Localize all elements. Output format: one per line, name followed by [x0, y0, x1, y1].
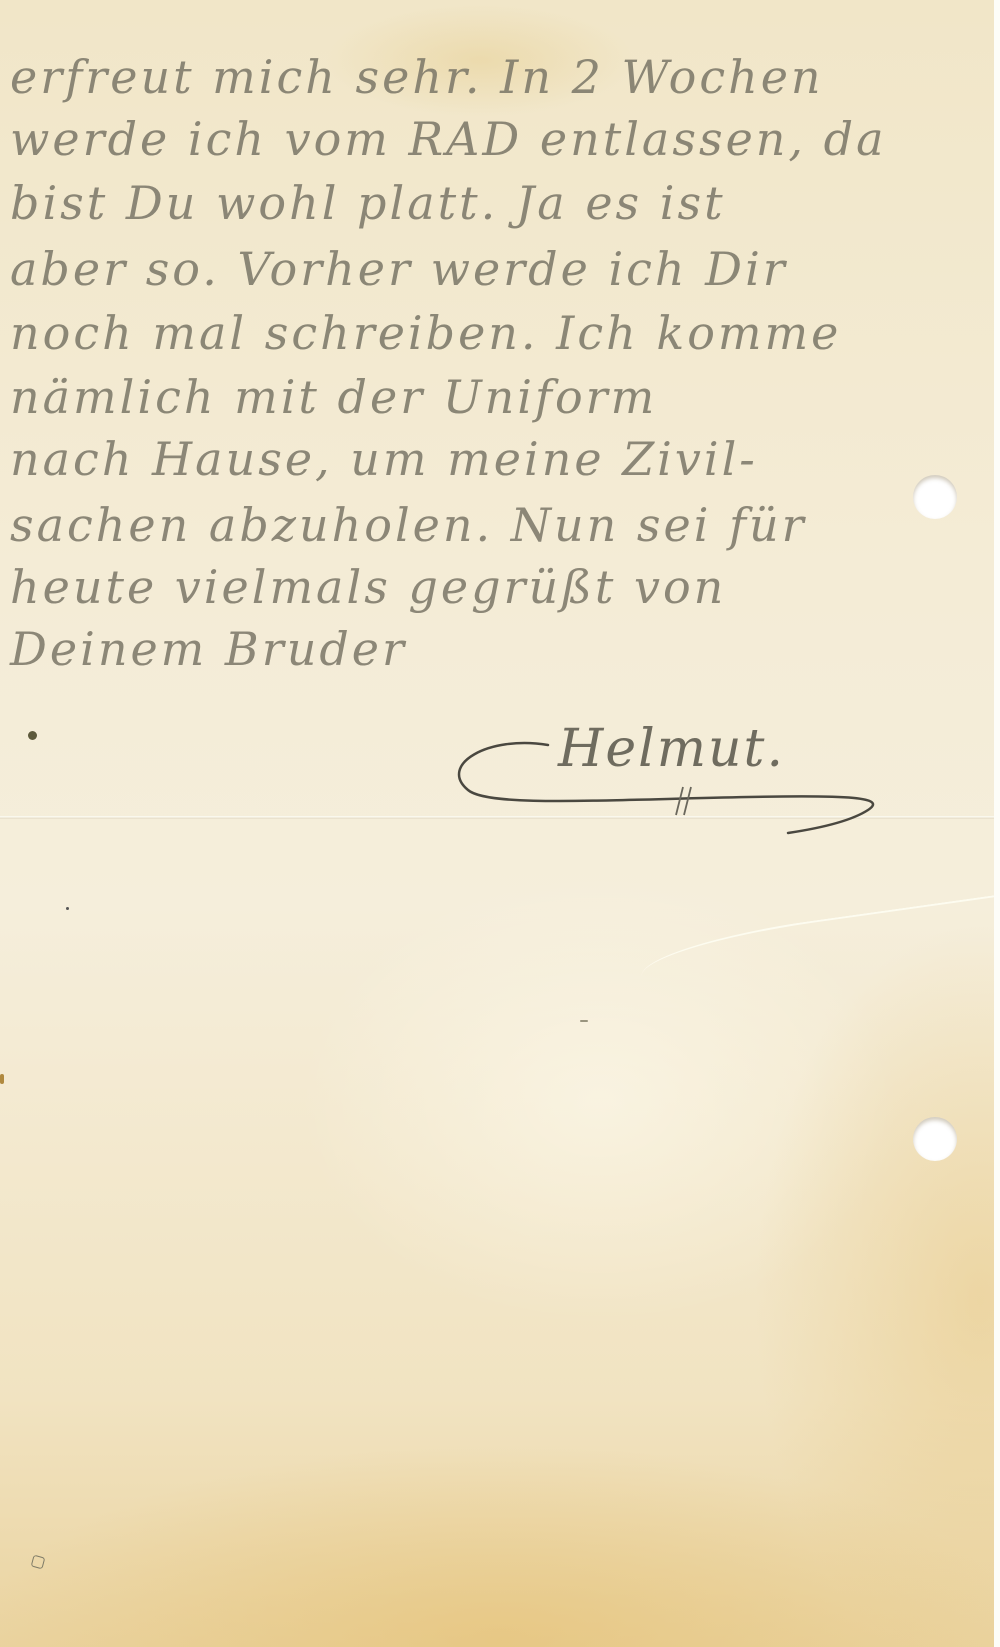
punch-hole-top [913, 475, 957, 519]
punch-hole-bottom [913, 1117, 957, 1161]
signature-flourish-icon [448, 715, 918, 855]
letter-line: sachen abzuholen. Nun sei für [10, 498, 807, 552]
letter-line: werde ich vom RAD entlassen, da [10, 112, 887, 166]
letter-line: nämlich mit der Uniform [10, 370, 657, 424]
letter-line: nach Hause, um meine Zivil- [10, 432, 758, 486]
letter-line: aber so. Vorher werde ich Dir [10, 242, 788, 296]
letter-line: erfreut mich sehr. In 2 Wochen [10, 50, 824, 104]
dust-speck [66, 907, 69, 910]
paper-crease [637, 895, 1000, 1006]
letter-line: heute vielmals gegrüßt von [10, 560, 726, 614]
letter-line: noch mal schreiben. Ich komme [10, 306, 841, 360]
small-mark [31, 1555, 46, 1570]
signature: Helmut. [448, 715, 918, 855]
ink-spot [28, 731, 37, 740]
letter-page: erfreut mich sehr. In 2 Wochen werde ich… [0, 0, 1000, 1647]
pencil-mark [580, 1020, 588, 1022]
stain-mark [0, 1074, 4, 1084]
letter-line: Deinem Bruder [10, 622, 407, 676]
scan-edge [994, 0, 1000, 1647]
letter-line: bist Du wohl platt. Ja es ist [10, 176, 726, 230]
